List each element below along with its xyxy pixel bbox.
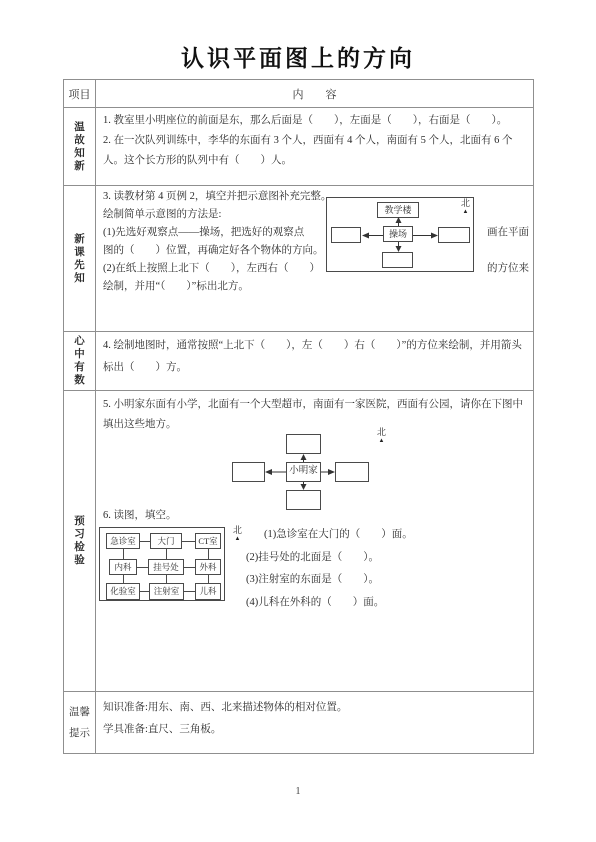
map-cell-lab: 化验室 (106, 583, 140, 600)
question-6-item-1: (1)急诊室在大门的（ ）面。 (246, 524, 516, 547)
map-connector (166, 575, 167, 583)
map-connector (208, 549, 209, 559)
box-teaching-building: 教学楼 (377, 202, 419, 218)
blank-box-west-home[interactable] (232, 462, 265, 482)
blank-box-south[interactable] (382, 252, 413, 268)
tips-knowledge: 知识准备:用东、南、西、北来描述物体的相对位置。 (103, 697, 528, 719)
north-arrow-icon: ▲ (235, 536, 241, 542)
map-cell-emergency: 急诊室 (106, 533, 140, 549)
question-4: 4. 绘制地图时，通常按照“上北下（ ），左（ ）右（ ）”的方位来绘制，并用箭… (103, 335, 528, 379)
north-label: 北 (461, 199, 470, 208)
question-3-step1: (1)先选好观察点——操场，把选好的观察点 (103, 224, 304, 242)
question-1: 1. 教室里小明座位的前面是东，那么后面是（ ），左面是（ ），右面是（ ）。 (103, 111, 528, 131)
question-3-step1-cont: 画在平面 (487, 224, 529, 242)
page-number: 1 (0, 786, 596, 797)
worksheet-page: 认识平面图上的方向 项目 内 容 温故知新 1. 教室里小明座位的前面是东，那么… (0, 0, 596, 842)
question-5: 5. 小明家东面有小学，北面有一个大型超市，南面有一家医院，西面有公园，请你在下… (103, 395, 528, 435)
map-connector (208, 575, 209, 583)
north-compass: 北 ▲ (377, 428, 386, 444)
map-cell-pediatrics: 儿科 (195, 583, 221, 600)
question-6-item-2: (2)挂号处的北面是（ ）。 (246, 547, 516, 570)
question-3-step2-cont: 的方位来 (487, 260, 529, 278)
map-connector (184, 591, 195, 592)
box-xiaoming-home: 小明家 (286, 462, 321, 482)
question-3-step2-end: 绘制，并用“（ ）”标出北方。 (103, 278, 529, 296)
question-6-item-3: (3)注射室的东面是（ ）。 (246, 569, 516, 592)
map-connector (140, 591, 149, 592)
map-connector (123, 549, 124, 559)
north-arrow-icon: ▲ (379, 438, 385, 444)
blank-box-east-home[interactable] (335, 462, 369, 482)
map-cell-gate: 大门 (150, 533, 182, 549)
playground-diagram: 北 ▲ 教学楼 操场 (326, 197, 474, 272)
header-content-column: 内 容 (96, 80, 533, 107)
section-row-review: 温故知新 1. 教室里小明座位的前面是东，那么后面是（ ），左面是（ ），右面是… (64, 107, 533, 185)
section-row-mindful: 心中有数 4. 绘制地图时，通常按照“上北下（ ），左（ ）右（ ）”的方位来绘… (64, 331, 533, 390)
section-label-mindful: 心中有数 (74, 335, 86, 387)
blank-box-west[interactable] (331, 227, 361, 243)
map-cell-surgery: 外科 (195, 559, 221, 575)
section-label-review: 温故知新 (74, 121, 86, 173)
hospital-map: 急诊室 大门 CT室 内科 挂号处 外科 化验室 注射室 儿科 (99, 527, 225, 601)
map-connector (137, 567, 148, 568)
blank-box-east[interactable] (438, 227, 470, 243)
question-6-item-4: (4)儿科在外科的（ ）面。 (246, 592, 516, 615)
map-cell-ct: CT室 (195, 533, 221, 549)
blank-box-south-home[interactable] (286, 490, 321, 510)
header-item-column: 项目 (64, 80, 96, 107)
map-cell-internal: 内科 (109, 559, 137, 575)
map-cell-registration: 挂号处 (148, 559, 184, 575)
north-compass: 北 ▲ (461, 199, 470, 215)
north-label: 北 (377, 428, 386, 437)
north-arrow-icon: ▲ (463, 209, 469, 215)
question-3-step2: (2)在纸上按照上北下（ ），左西右（ ） (103, 260, 320, 278)
section-row-preview: 新课先知 3. 读教材第 4 页例 2，填空并把示意图补充完整。 绘制简单示意图… (64, 185, 533, 331)
map-connector (184, 567, 195, 568)
section-label-preview: 新课先知 (74, 233, 86, 285)
question-6: 6. 读图，填空。 (103, 509, 177, 523)
blank-box-north-home[interactable] (286, 434, 321, 454)
tips-tools: 学具准备:直尺、三角板。 (103, 719, 528, 741)
table-header-row: 项目 内 容 (64, 80, 533, 107)
map-connector (123, 575, 124, 583)
north-label: 北 (233, 526, 242, 535)
section-label-tips: 温馨提示 (68, 702, 91, 744)
map-connector (182, 541, 195, 542)
north-compass: 北 ▲ (233, 526, 242, 542)
box-playground: 操场 (383, 226, 413, 242)
map-connector (166, 549, 167, 559)
section-row-tips: 温馨提示 知识准备:用东、南、西、北来描述物体的相对位置。 学具准备:直尺、三角… (64, 691, 533, 753)
section-row-check: 预习检验 5. 小明家东面有小学，北面有一个大型超市，南面有一家医院，西面有公园… (64, 390, 533, 691)
question-2: 2. 在一次队列训练中，李华的东面有 3 个人，西面有 4 个人，南面有 5 个… (103, 131, 528, 171)
map-connector (140, 541, 150, 542)
map-cell-injection: 注射室 (149, 583, 184, 600)
page-title: 认识平面图上的方向 (0, 40, 596, 73)
worksheet-table: 项目 内 容 温故知新 1. 教室里小明座位的前面是东，那么后面是（ ），左面是… (63, 79, 534, 754)
section-label-check: 预习检验 (74, 515, 86, 567)
